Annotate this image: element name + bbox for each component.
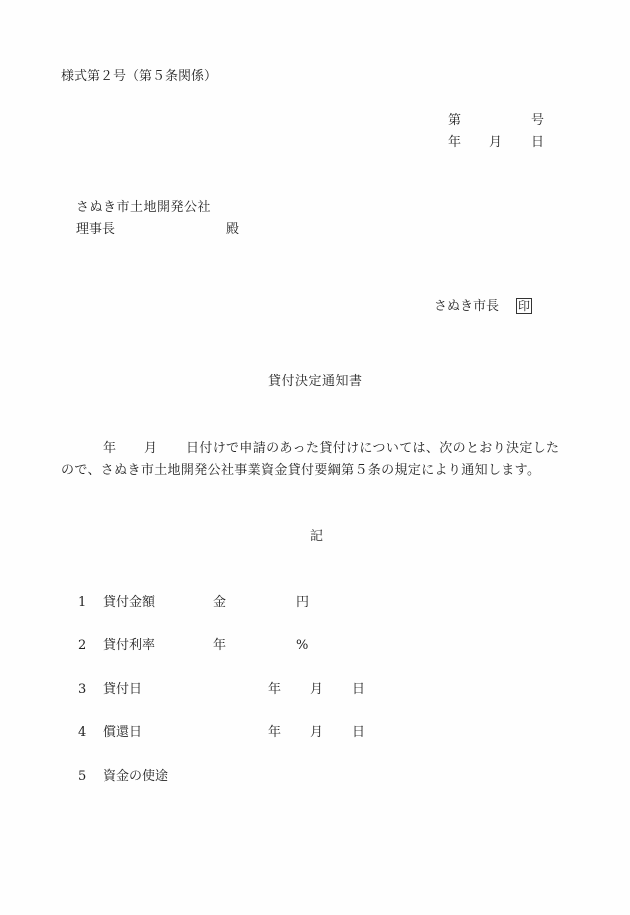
addressee-org: さぬき市土地開発公社 <box>76 200 211 216</box>
note-heading: 記 <box>310 529 323 545</box>
ref-date-year: 年 <box>448 135 461 151</box>
ref-number-prefix: 第 <box>448 113 461 129</box>
item-number: 2 <box>78 638 86 654</box>
item-label: 貸付利率 <box>103 638 155 654</box>
item-month: 月 <box>310 682 323 698</box>
item-number: 1 <box>78 595 86 611</box>
item-year: 年 <box>268 725 281 741</box>
item-label: 資金の使途 <box>103 769 168 785</box>
item-label: 貸付金額 <box>103 595 155 611</box>
item-label: 償還日 <box>103 725 142 741</box>
ref-number-suffix: 号 <box>531 113 544 129</box>
item-year: 年 <box>268 682 281 698</box>
body-line1: 日付けで申請のあった貸付けについては、次のとおり決定した <box>186 441 559 457</box>
sender-name: さぬき市長 <box>434 299 499 314</box>
ref-date-month: 月 <box>489 135 502 151</box>
sender-block: さぬき市長印 <box>434 298 532 315</box>
item-prefix: 金 <box>213 595 226 611</box>
item-unit: 円 <box>296 595 309 611</box>
body-year: 年 <box>103 441 116 457</box>
ref-date-day: 日 <box>531 135 544 151</box>
seal-icon: 印 <box>516 298 532 314</box>
addressee-title: 理事長 <box>76 222 115 238</box>
addressee-honorific: 殿 <box>226 222 239 238</box>
form-label: 様式第２号（第５条関係） <box>61 69 217 85</box>
item-day: 日 <box>352 725 365 741</box>
body-line2: ので、さぬき市土地開発公社事業資金貸付要綱第５条の規定により通知します。 <box>61 463 540 479</box>
item-month: 月 <box>310 725 323 741</box>
item-day: 日 <box>352 682 365 698</box>
document-title: 貸付決定通知書 <box>268 374 363 390</box>
item-number: 4 <box>78 725 86 741</box>
item-number: 5 <box>78 769 86 785</box>
item-number: 3 <box>78 682 86 698</box>
item-label: 貸付日 <box>103 682 142 698</box>
item-unit: % <box>296 638 308 654</box>
item-prefix: 年 <box>213 638 226 654</box>
body-month: 月 <box>144 441 157 457</box>
